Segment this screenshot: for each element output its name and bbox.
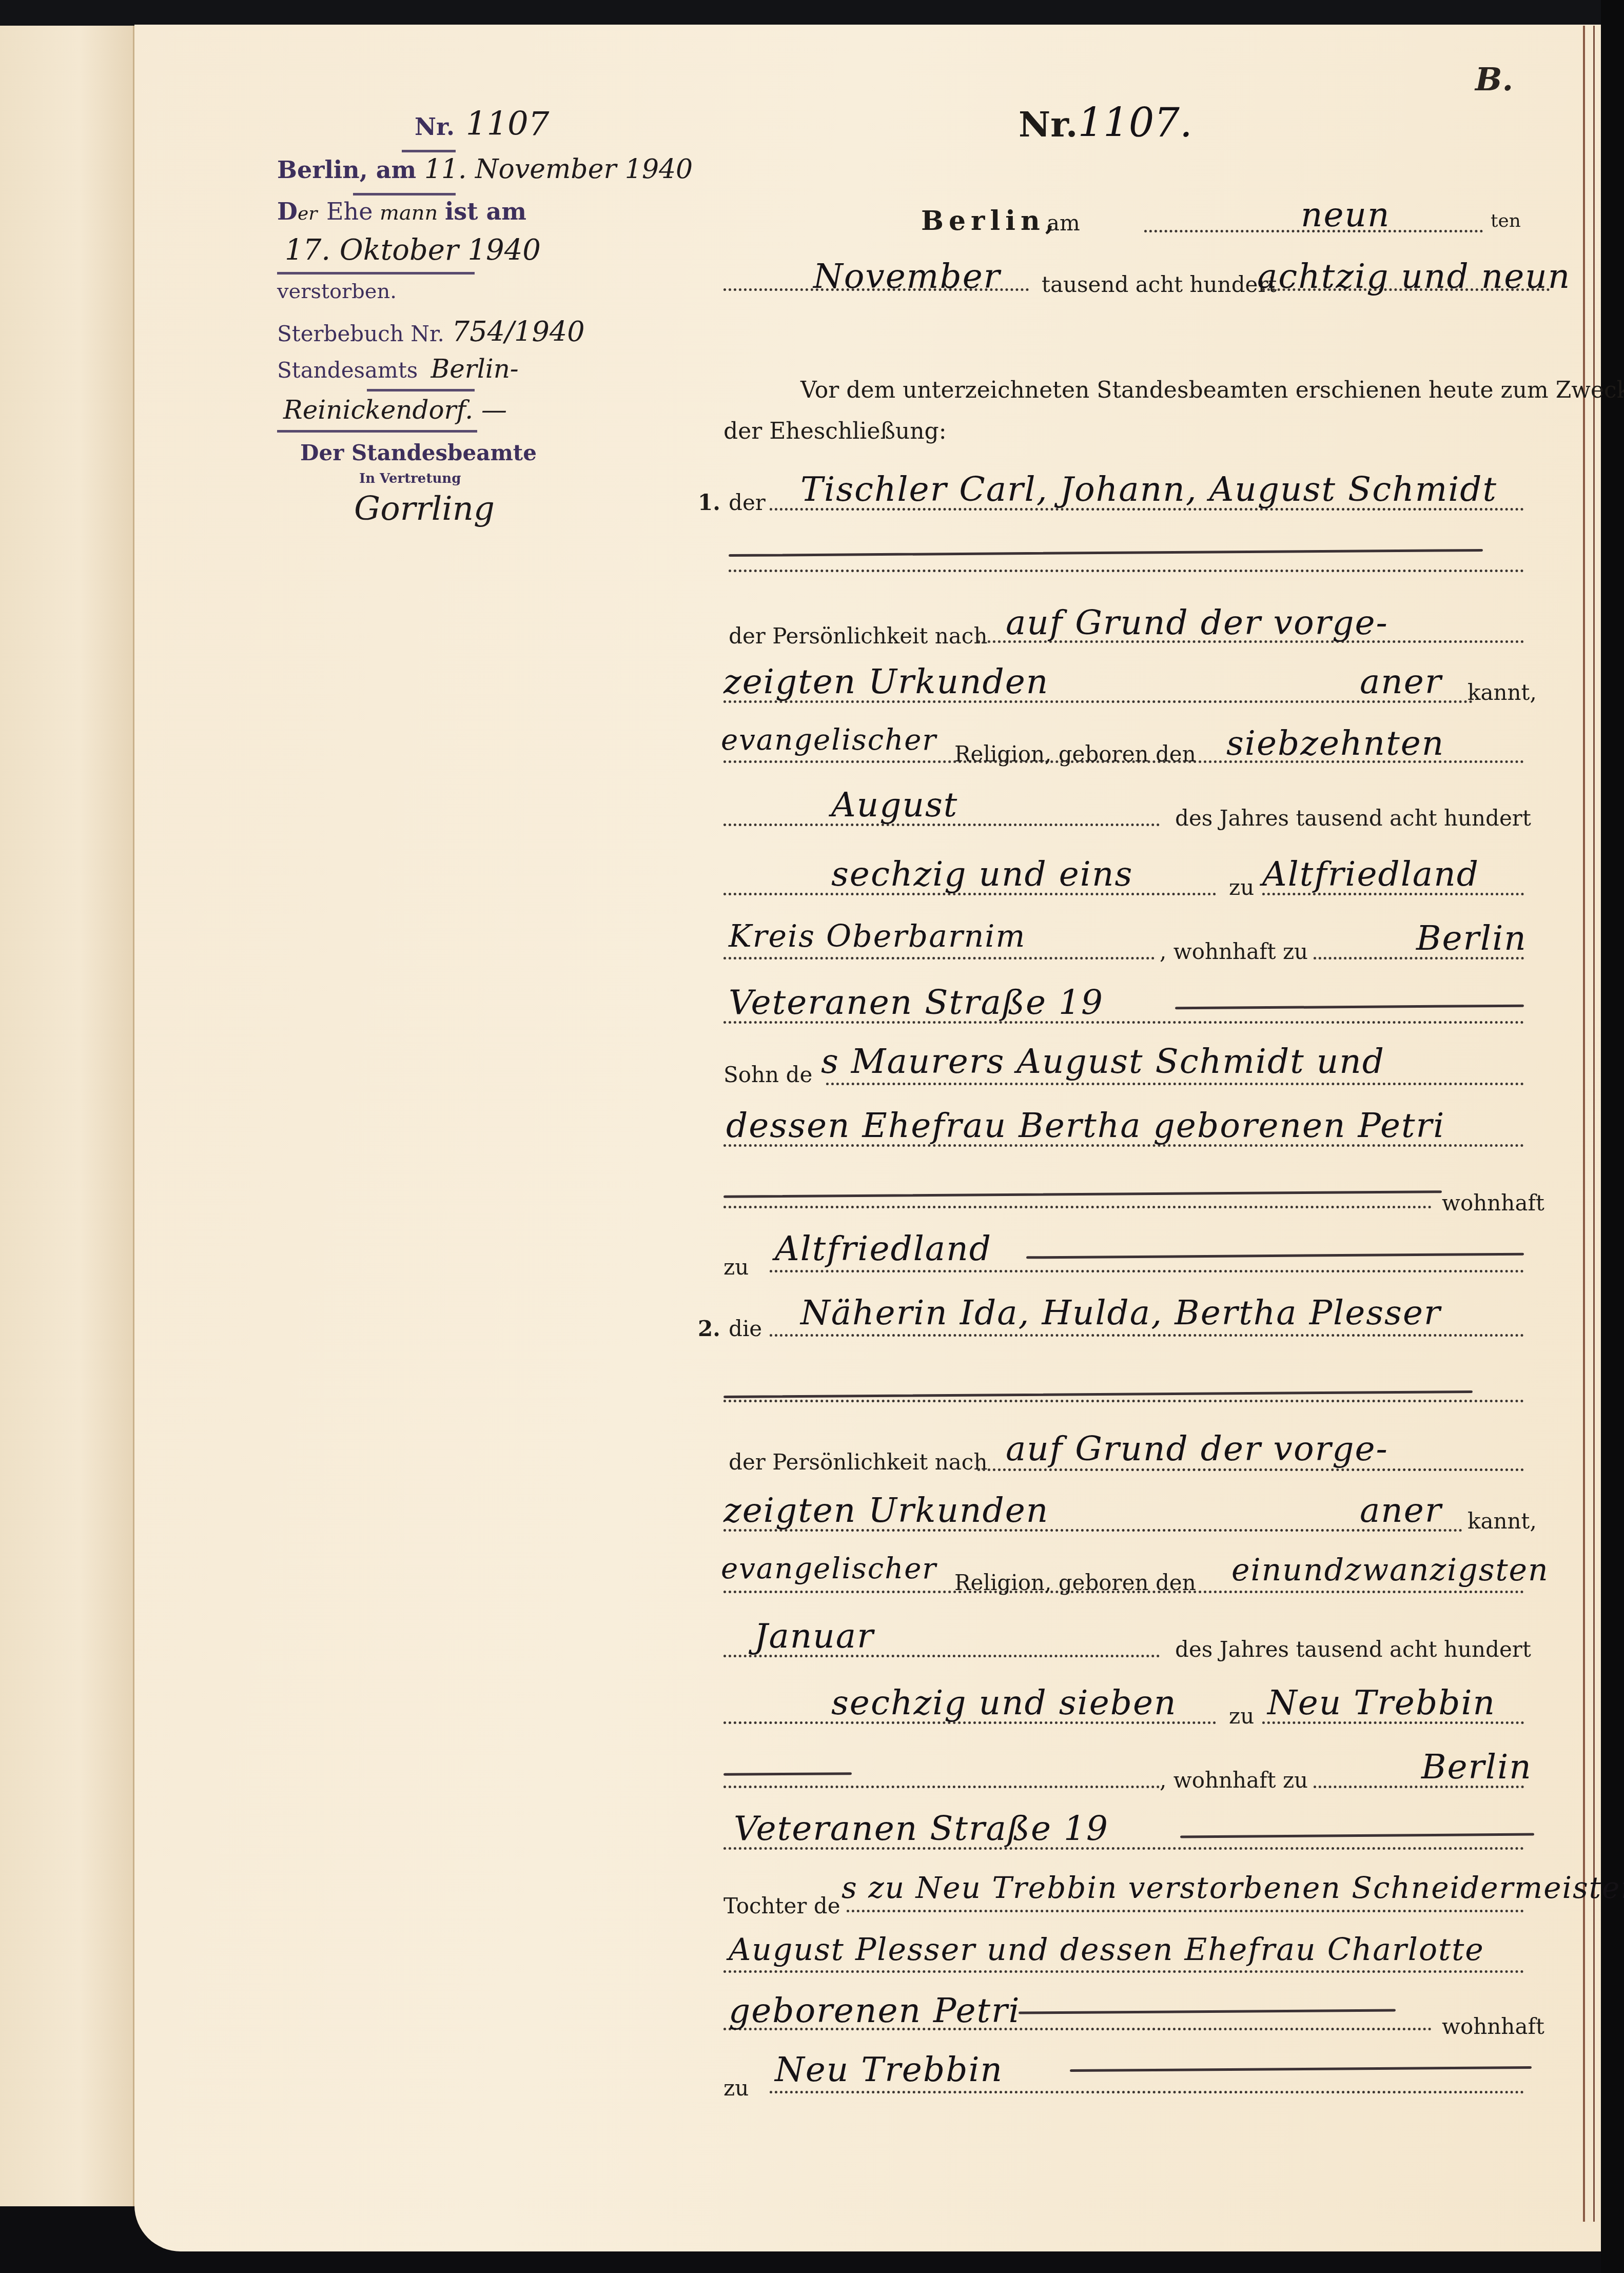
margin-standesamt-value-2: Reinickendorf. —	[283, 395, 507, 425]
bride-birthplace: Neu Trebbin	[1267, 1683, 1496, 1722]
bride-birth-year-label: des Jahres tausend acht hundert	[1175, 1637, 1531, 1662]
bride-religion-label: Religion, geboren den	[954, 1570, 1196, 1595]
margin-nr-label: Nr.	[415, 113, 455, 141]
margin-signature: Gorrling	[354, 490, 495, 528]
groom-parent-label: Sohn de	[723, 1062, 812, 1087]
margin-spouse-role: mann	[380, 201, 438, 225]
header-month: November	[813, 257, 1001, 296]
header-day: neun	[1301, 195, 1391, 234]
bride-birth-month: Januar	[754, 1616, 874, 1656]
groom-identity-3: aner	[1360, 662, 1442, 701]
margin-in-vertretung: In Vertretung	[359, 471, 461, 486]
bride-residence-city: Berlin	[1421, 1747, 1532, 1787]
bride-parents-zu-label: zu	[723, 2075, 749, 2101]
groom-birth-year: sechzig und eins	[831, 854, 1133, 894]
record-nr-label: Nr.	[1019, 104, 1078, 145]
groom-identity-2: zeigten Urkunden	[723, 662, 1049, 701]
header-am: am	[1047, 210, 1080, 236]
intro-line-1: Vor dem unterzeichneten Standesbeamten e…	[800, 377, 1624, 403]
bride-name: Näherin Ida, Hulda, Bertha Plesser	[800, 1293, 1441, 1333]
groom-residence-street: Veteranen Straße 19	[729, 983, 1104, 1022]
bride-religion: evangelischer	[721, 1552, 937, 1585]
groom-parents-residence-label: wohnhaft	[1442, 1190, 1544, 1216]
header-city: Berlin,	[921, 205, 1060, 237]
groom-identity-1: auf Grund der vorge-	[1006, 603, 1388, 642]
groom-religion-label: Religion, geboren den	[954, 741, 1196, 767]
margin-spouse-article: er	[298, 203, 318, 224]
groom-birth-month: August	[831, 785, 958, 825]
bride-identity-label: der Persönlichkeit nach	[729, 1449, 987, 1475]
bride-birth-year: sechzig und sieben	[831, 1683, 1177, 1722]
margin-date-value: 11. November 1940	[424, 154, 693, 185]
margin-city-label: Berlin, am	[277, 156, 416, 184]
groom-parents-1: s Maurers August Schmidt und	[821, 1042, 1385, 1081]
header-year-prefix: tausend acht hundert	[1042, 272, 1277, 297]
groom-article: der	[729, 490, 766, 515]
margin-sterbebuch-value: 754/1940	[452, 316, 585, 348]
groom-parents-residence: Altfriedland	[775, 1229, 992, 1268]
margin-standesamt-value-1: Berlin-	[431, 354, 518, 384]
bride-identity-2: zeigten Urkunden	[723, 1491, 1049, 1530]
groom-residence-city: Berlin	[1416, 918, 1527, 958]
bride-parents-residence: Neu Trebbin	[775, 2050, 1003, 2089]
margin-death-date: 17. Oktober 1940	[285, 233, 541, 267]
bride-identity-1: auf Grund der vorge-	[1006, 1429, 1388, 1468]
bride-zu-label: zu	[1229, 1703, 1254, 1729]
groom-birthplace-district: Kreis Oberbarnim	[729, 918, 1026, 954]
bride-article: die	[729, 1316, 762, 1341]
bride-residence-label: , wohnhaft zu	[1160, 1768, 1308, 1793]
bride-kannt-label: kannt,	[1468, 1508, 1537, 1534]
intro-line-2: der Eheschließung:	[723, 418, 947, 444]
groom-parents-zu-label: zu	[723, 1255, 749, 1280]
groom-parents-2: dessen Ehefrau Bertha geborenen Petri	[726, 1106, 1445, 1145]
bride-identity-3: aner	[1360, 1491, 1442, 1530]
groom-identity-label: der Persönlichkeit nach	[729, 623, 987, 649]
header-ten: ten	[1491, 210, 1521, 231]
margin-verstorben-label: verstorben.	[277, 280, 397, 303]
book-cover-right	[1601, 0, 1624, 2273]
margin-nr-value: 1107	[466, 105, 550, 143]
bride-parents-residence-label: wohnhaft	[1442, 2014, 1544, 2039]
groom-name: Tischler Carl, Johann, August Schmidt	[800, 469, 1497, 509]
groom-residence-label: , wohnhaft zu	[1160, 939, 1308, 964]
margin-official-title: Der Standesbeamte	[300, 440, 537, 465]
bride-parents-2: August Plesser und dessen Ehefrau Charlo…	[729, 1932, 1484, 1968]
groom-birth-year-label: des Jahres tausend acht hundert	[1175, 806, 1531, 831]
margin-standesamt-label: Standesamts	[277, 358, 418, 383]
margin-ehe-label: Ehe	[326, 198, 373, 225]
groom-birth-day: siebzehnten	[1226, 723, 1444, 763]
margin-sterbebuch-label: Sterbebuch Nr.	[277, 321, 444, 346]
margin-spouse-prefix: D	[277, 198, 298, 225]
bride-parents-3: geborenen Petri	[729, 1991, 1021, 2030]
bride-number: 2.	[698, 1316, 720, 1341]
bride-birth-day: einundzwanzigsten	[1231, 1552, 1549, 1588]
groom-zu-label: zu	[1229, 875, 1254, 900]
bride-parent-label: Tochter de	[723, 1893, 840, 1918]
groom-number: 1.	[698, 490, 720, 515]
margin-ist-am-label: ist am	[445, 198, 526, 225]
page-letter: B.	[1475, 61, 1513, 98]
record-nr-value: 1107.	[1078, 100, 1192, 146]
header-year: achtzig und neun	[1257, 257, 1571, 296]
groom-religion: evangelischer	[721, 723, 937, 757]
left-page-edge	[0, 26, 134, 2206]
groom-kannt-label: kannt,	[1468, 680, 1537, 705]
bride-residence-street: Veteranen Straße 19	[734, 1809, 1109, 1848]
bride-parents-1: s zu Neu Trebbin verstorbenen Schneiderm…	[842, 1870, 1624, 1905]
groom-birthplace: Altfriedland	[1262, 854, 1479, 894]
